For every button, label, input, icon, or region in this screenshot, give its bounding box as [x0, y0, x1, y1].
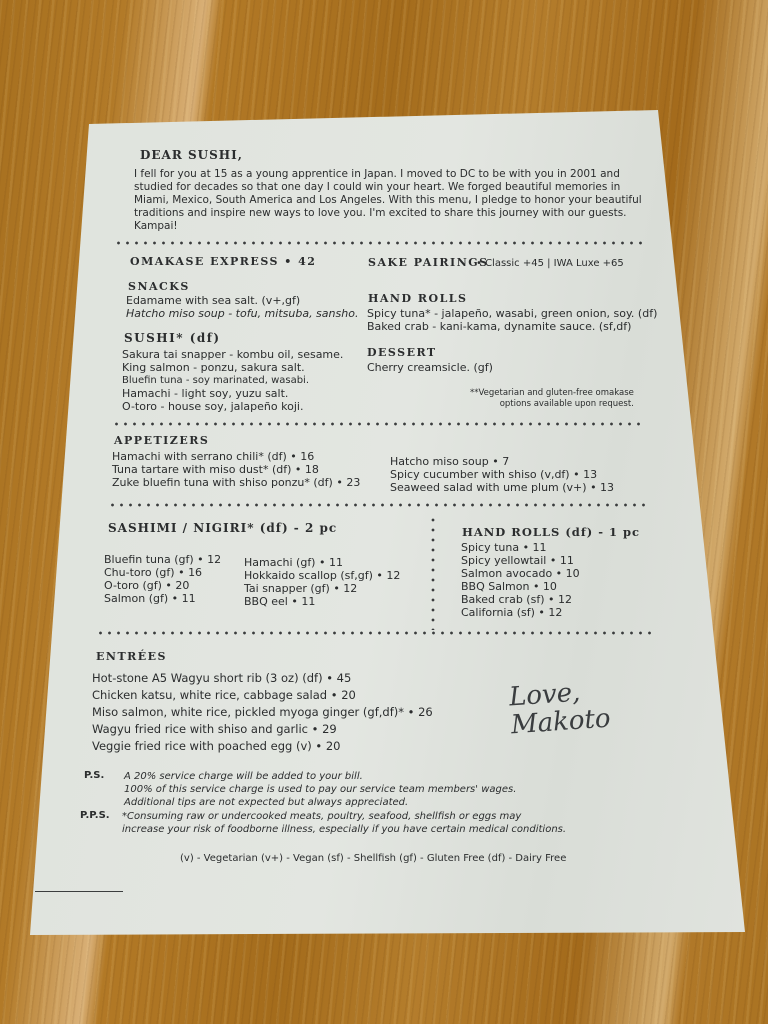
- menu-item: Chicken katsu, white rice, cabbage salad…: [92, 687, 433, 704]
- menu-item: Veggie fried rice with poached egg (v) •…: [92, 738, 433, 755]
- menu-item: Hot-stone A5 Wagyu short rib (3 oz) (df)…: [92, 670, 433, 687]
- menu-item: Tuna tartare with miso dust* (df) • 18: [112, 463, 360, 476]
- dessert-item: Cherry creamsicle. (gf): [367, 361, 493, 374]
- letter-greeting: DEAR SUSHI,: [140, 148, 243, 162]
- entrees-list: Hot-stone A5 Wagyu short rib (3 oz) (df)…: [92, 670, 433, 755]
- menu-item: BBQ Salmon • 10: [461, 580, 580, 593]
- dotted-divider: [96, 631, 652, 635]
- hand-rolls-heading: HAND ROLLS (df) - 1 pc: [462, 525, 640, 539]
- menu-item: Hamachi - light soy, yuzu salt.: [122, 387, 343, 400]
- omakase-note: **Vegetarian and gluten-free omakase opt…: [470, 388, 634, 410]
- appetizers-heading: APPETIZERS: [114, 434, 209, 447]
- menu-item: Spicy yellowtail • 11: [461, 554, 580, 567]
- note-line: options available upon request.: [470, 399, 634, 410]
- dotted-divider: [112, 422, 644, 426]
- menu-item: Chu-toro (gf) • 16: [104, 566, 221, 579]
- snacks-list: Edamame with sea salt. (v+,gf) Hatcho mi…: [126, 294, 358, 320]
- ps-line: 100% of this service charge is used to p…: [124, 783, 516, 796]
- menu-item: Salmon avocado • 10: [461, 567, 580, 580]
- letter-body: I fell for you at 15 as a young apprenti…: [134, 168, 642, 233]
- menu-item: BBQ eel • 11: [244, 595, 400, 608]
- menu-item: Miso salmon, white rice, pickled myoga g…: [92, 704, 433, 721]
- menu-item: Hamachi (gf) • 11: [244, 556, 400, 569]
- menu-item: Spicy cucumber with shiso (v,df) • 13: [390, 468, 614, 481]
- omakase-hand-rolls-heading: HAND ROLLS: [368, 292, 468, 305]
- menu-item: Spicy tuna • 11: [461, 541, 580, 554]
- omakase-hand-rolls-list: Spicy tuna* - jalapeño, wasabi, green on…: [367, 307, 657, 333]
- dessert-heading: DESSERT: [367, 346, 437, 359]
- menu-item: Bluefin tuna - soy marinated, wasabi.: [122, 374, 343, 387]
- menu-item: Sakura tai snapper - kombu oil, sesame.: [122, 348, 343, 361]
- menu-item: Zuke bluefin tuna with shiso ponzu* (df)…: [112, 476, 360, 489]
- letter-line: I fell for you at 15 as a young apprenti…: [134, 168, 642, 181]
- sake-prices: • Classic +45 | IWA Luxe +65: [476, 258, 624, 269]
- menu-item: Hamachi with serrano chili* (df) • 16: [112, 450, 360, 463]
- menu-item: Tai snapper (gf) • 12: [244, 582, 400, 595]
- letter-line: Kampai!: [134, 220, 642, 233]
- hand-rolls-list: Spicy tuna • 11 Spicy yellowtail • 11 Sa…: [461, 541, 580, 619]
- ps-label: P.S.: [84, 770, 104, 781]
- pps-line: *Consuming raw or undercooked meats, pou…: [122, 810, 566, 823]
- menu-item: California (sf) • 12: [461, 606, 580, 619]
- dotted-divider: [108, 503, 646, 507]
- sushi-heading: SUSHI* (df): [124, 331, 221, 345]
- snacks-heading: SNACKS: [128, 280, 190, 293]
- letter-line: Miami, Mexico, South America and Los Ang…: [134, 194, 642, 207]
- dietary-legend: (v) - Vegetarian (v+) - Vegan (sf) - She…: [180, 853, 566, 864]
- ps-line: A 20% service charge will be added to yo…: [124, 770, 516, 783]
- note-line: **Vegetarian and gluten-free omakase: [470, 388, 634, 399]
- signature: Love, Makoto: [508, 677, 611, 740]
- pps-text: *Consuming raw or undercooked meats, pou…: [122, 810, 566, 836]
- menu-item: Hatcho miso soup - tofu, mitsuba, sansho…: [126, 307, 358, 320]
- menu-item: Seaweed salad with ume plum (v+) • 13: [390, 481, 614, 494]
- sashimi-heading: SASHIMI / NIGIRI* (df) - 2 pc: [108, 521, 337, 535]
- menu-item: Baked crab - kani-kama, dynamite sauce. …: [367, 320, 657, 333]
- signature-line: Makoto: [510, 705, 611, 740]
- sashimi-left-list: Bluefin tuna (gf) • 12 Chu-toro (gf) • 1…: [104, 553, 221, 605]
- menu-item: O-toro (gf) • 20: [104, 579, 221, 592]
- menu-item: Edamame with sea salt. (v+,gf): [126, 294, 358, 307]
- sushi-list: Sakura tai snapper - kombu oil, sesame. …: [122, 348, 343, 413]
- ps-line: Additional tips are not expected but alw…: [124, 796, 516, 809]
- letter-line: studied for decades so that one day I co…: [134, 181, 642, 194]
- pps-label: P.P.S.: [80, 810, 110, 821]
- entrees-heading: ENTRÉES: [96, 650, 167, 663]
- sake-title: SAKE PAIRINGS: [368, 256, 489, 269]
- menu-item: Salmon (gf) • 11: [104, 592, 221, 605]
- sashimi-right-list: Hamachi (gf) • 11 Hokkaido scallop (sf,g…: [244, 556, 400, 608]
- appetizers-left-list: Hamachi with serrano chili* (df) • 16 Tu…: [112, 450, 360, 489]
- ps-text: A 20% service charge will be added to yo…: [124, 770, 516, 809]
- menu-item: Wagyu fried rice with shiso and garlic •…: [92, 721, 433, 738]
- letter-line: traditions and inspire new ways to love …: [134, 207, 642, 220]
- appetizers-right-list: Hatcho miso soup • 7 Spicy cucumber with…: [390, 455, 614, 494]
- menu-item: Bluefin tuna (gf) • 12: [104, 553, 221, 566]
- pps-line: increase your risk of foodborne illness,…: [122, 823, 566, 836]
- menu-item: Spicy tuna* - jalapeño, wasabi, green on…: [367, 307, 657, 320]
- omakase-title: OMAKASE EXPRESS • 42: [130, 255, 316, 268]
- menu-item: O-toro - house soy, jalapeño koji.: [122, 400, 343, 413]
- dotted-divider: [114, 241, 644, 245]
- menu-item: Baked crab (sf) • 12: [461, 593, 580, 606]
- menu-item: King salmon - ponzu, sakura salt.: [122, 361, 343, 374]
- footer-rule: [35, 891, 123, 892]
- menu-item: Hatcho miso soup • 7: [390, 455, 614, 468]
- vertical-dotted-divider: [431, 515, 435, 630]
- menu-item: Hokkaido scallop (sf,gf) • 12: [244, 569, 400, 582]
